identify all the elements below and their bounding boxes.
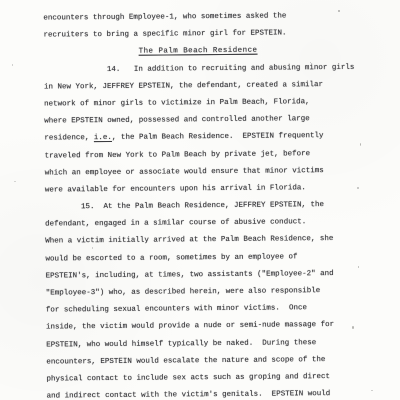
document-line-paragraph-14: 14. In addition to recruiting and abusin… — [44, 59, 396, 79]
line-segment: residence, — [44, 134, 94, 142]
scan-speck — [338, 10, 340, 12]
scan-speck — [352, 326, 354, 329]
scan-speck — [12, 64, 13, 66]
scan-speck — [360, 143, 361, 146]
scan-speck — [357, 187, 359, 189]
scan-speck — [358, 266, 359, 268]
document-text-block: encounters through Employee-1, who somet… — [43, 7, 398, 400]
scan-speck — [14, 181, 16, 182]
document-page: encounters through Employee-1, who somet… — [0, 0, 400, 400]
section-heading-text: The Palm Beach Residence — [139, 47, 258, 56]
scan-speck — [92, 247, 93, 249]
line-segment: , the Palm Beach Residence. EPSTEIN freq… — [112, 132, 324, 142]
line-segment-underlined-ie: i.e. — [94, 134, 112, 142]
document-line: and indirect contact with the victim's g… — [47, 386, 399, 400]
scan-speck — [371, 390, 373, 391]
scan-speck — [310, 62, 311, 63]
